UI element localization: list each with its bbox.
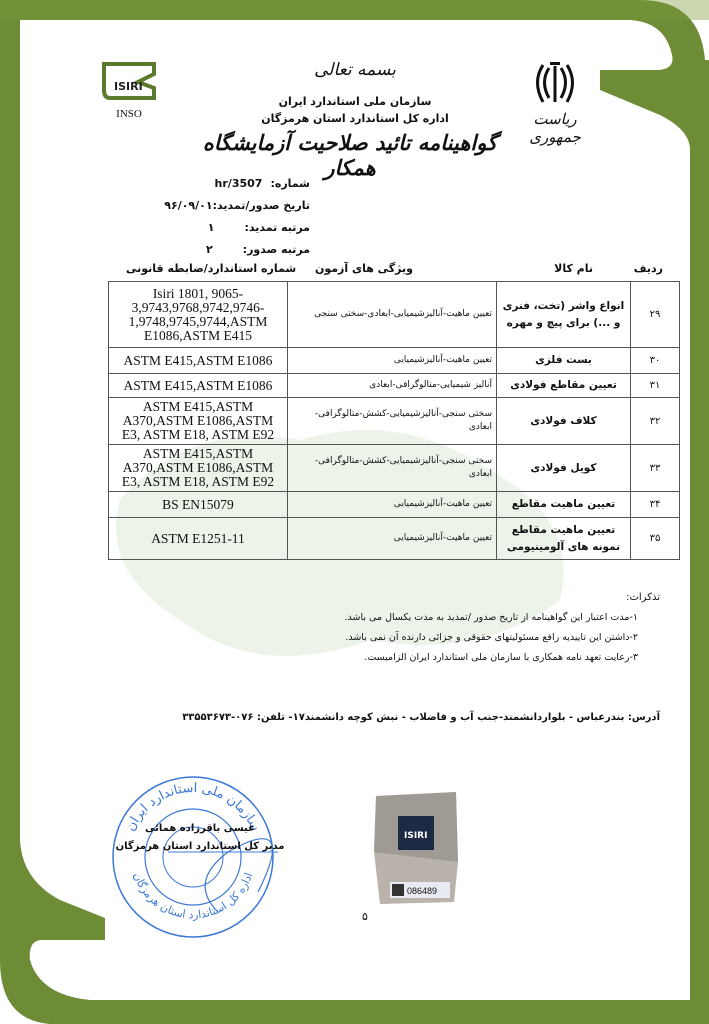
test-features-cell: آنالیز شیمیایی-متالوگرافی-ابعادی xyxy=(288,374,497,398)
test-features-cell: تعیین ماهیت-آنالیزشیمیایی xyxy=(288,518,497,560)
product-name-cell: کلاف فولادی xyxy=(497,398,631,445)
table-row: ۳۴تعیین ماهیت مقاطعتعیین ماهیت-آنالیزشیم… xyxy=(109,492,680,518)
signature-block: عیسی باقرزاده همائی مدیر کل استاندارد اس… xyxy=(100,820,300,856)
standard-number-cell: ASTM E415,ASTM E1086 xyxy=(109,374,288,398)
test-features-cell: سختی سنجی-آنالیزشیمیایی-کشش-متالوگرافی-ا… xyxy=(288,398,497,445)
row-number-cell: ۳۲ xyxy=(631,398,680,445)
table-row: ۲۹انواع واشر (تخت، فنری و ...) برای پیچ … xyxy=(109,282,680,348)
issue-date-label: تاریخ صدور/تمدید: xyxy=(213,199,310,212)
renewal-rank-value: ۱ xyxy=(208,221,215,234)
issue-rank-label: مرتبه صدور: xyxy=(243,243,310,256)
table-row: ۳۲کلاف فولادیسختی سنجی-آنالیزشیمیایی-کشش… xyxy=(109,398,680,445)
iran-emblem: ریاست جمهوری xyxy=(520,62,590,146)
issue-date-value: ۹۶/۰۹/۰۱ xyxy=(164,199,212,212)
product-name-cell: تعیین ماهیت مقاطع xyxy=(497,492,631,518)
header-product: نام کالا xyxy=(554,262,593,275)
table-row: ۳۵تعیین ماهیت مقاطع نمونه های آلومینیومی… xyxy=(109,518,680,560)
svg-text:ISIRI: ISIRI xyxy=(404,831,427,841)
department-name: اداره کل استاندارد استان هرمزگان xyxy=(230,112,480,125)
test-features-cell: تعیین ماهیت-آنالیزشیمیایی xyxy=(288,492,497,518)
row-number-cell: ۳۴ xyxy=(631,492,680,518)
security-hologram: ISIRI 086489 xyxy=(370,792,462,904)
notes-section: تذکرات: ۱-مدت اعتبار این گواهینامه از تا… xyxy=(300,588,660,668)
product-name-cell: کویل فولادی xyxy=(497,445,631,492)
presidency-caption: ریاست جمهوری xyxy=(520,110,590,146)
header-standard: شماره استاندارد/ضابطه قانونی xyxy=(126,262,296,275)
product-name-cell: انواع واشر (تخت، فنری و ...) برای پیچ و … xyxy=(497,282,631,348)
test-features-cell: تعیین ماهیت-آنالیزشیمیایی xyxy=(288,348,497,374)
standard-number-cell: ASTM E415,ASTM E1086 xyxy=(109,348,288,374)
signatory-position: مدیر کل استاندارد استان هرمزگان xyxy=(100,838,300,856)
test-features-cell: تعیین ماهیت-آنالیزشیمیایی-ابعادی-سختی سن… xyxy=(288,282,497,348)
standard-number-cell: BS EN15079 xyxy=(109,492,288,518)
svg-text:086489: 086489 xyxy=(407,886,437,896)
page-number: ۵ xyxy=(355,910,375,923)
issue-rank-value: ۲ xyxy=(206,243,213,256)
renewal-rank-label: مرتبه تمدید: xyxy=(244,221,310,234)
number-value: hr/3507 xyxy=(215,177,263,190)
certificate-meta: شماره: hr/3507 تاریخ صدور/تمدید: ۹۶/۰۹/۰… xyxy=(150,172,310,260)
meta-renewal-rank: مرتبه تمدید: ۱ xyxy=(150,216,310,238)
iran-emblem-icon xyxy=(534,62,576,108)
standard-number-cell: ASTM E415,ASTM A370,ASTM E1086,ASTM E3, … xyxy=(109,445,288,492)
standard-number-cell: ASTM E1251-11 xyxy=(109,518,288,560)
signatory-name: عیسی باقرزاده همائی xyxy=(100,820,300,838)
product-name-cell: تعیین مقاطع فولادی xyxy=(497,374,631,398)
row-number-cell: ۳۰ xyxy=(631,348,680,374)
inso-caption: INSO xyxy=(98,108,160,120)
row-number-cell: ۲۹ xyxy=(631,282,680,348)
official-seal-icon: سازمان ملی استاندارد ایران اداره کل استا… xyxy=(108,772,278,942)
row-number-cell: ۳۵ xyxy=(631,518,680,560)
organization-name: سازمان ملی استاندارد ایران xyxy=(230,95,480,108)
table-header: ردیف نام کالا ویژگی های آزمون شماره استا… xyxy=(108,262,663,280)
inso-logo: ISIRI INSO xyxy=(98,60,160,120)
product-name-cell: تعیین ماهیت مقاطع نمونه های آلومینیومی xyxy=(497,518,631,560)
row-number-cell: ۳۱ xyxy=(631,374,680,398)
meta-issue-rank: مرتبه صدور: ۲ xyxy=(150,238,310,260)
items-table: ۲۹انواع واشر (تخت، فنری و ...) برای پیچ … xyxy=(108,281,680,560)
invocation: بسمه تعالی xyxy=(300,60,410,80)
product-name-cell: بست فلزی xyxy=(497,348,631,374)
table-row: ۳۳کویل فولادیسختی سنجی-آنالیزشیمیایی-کشش… xyxy=(109,445,680,492)
table-row: ۳۱تعیین مقاطع فولادیآنالیز شیمیایی-متالو… xyxy=(109,374,680,398)
note-item: ۱-مدت اعتبار این گواهینامه از تاریخ صدور… xyxy=(300,608,660,628)
note-item: ۲-داشتن این تاییدیه رافع مسئولیتهای حقوق… xyxy=(300,628,660,648)
header-tests: ویژگی های آزمون xyxy=(315,262,413,275)
notes-title: تذکرات: xyxy=(300,588,660,608)
number-label: شماره: xyxy=(270,177,310,190)
meta-number: شماره: hr/3507 xyxy=(150,172,310,194)
security-hologram-icon: ISIRI 086489 xyxy=(370,792,462,904)
row-number-cell: ۳۳ xyxy=(631,445,680,492)
standard-number-cell: Isiri 1801, 9065-3,9743,9768,9742,9746-1… xyxy=(109,282,288,348)
table-row: ۳۰بست فلزیتعیین ماهیت-آنالیزشیمیاییASTM … xyxy=(109,348,680,374)
svg-text:ISIRI: ISIRI xyxy=(114,80,143,93)
test-features-cell: سختی سنجی-آنالیزشیمیایی-کشش-متالوگرافی-ا… xyxy=(288,445,497,492)
address-line: آدرس: بندرعباس - بلواردانشمند-جنب آب و ف… xyxy=(120,712,660,723)
inso-logo-icon: ISIRI xyxy=(100,60,158,102)
meta-issue-date: تاریخ صدور/تمدید: ۹۶/۰۹/۰۱ xyxy=(150,194,310,216)
note-item: ۳-رعایت تعهد نامه همکاری با سازمان ملی ا… xyxy=(300,648,660,668)
standard-number-cell: ASTM E415,ASTM A370,ASTM E1086,ASTM E3, … xyxy=(109,398,288,445)
header-row-no: ردیف xyxy=(634,262,663,275)
